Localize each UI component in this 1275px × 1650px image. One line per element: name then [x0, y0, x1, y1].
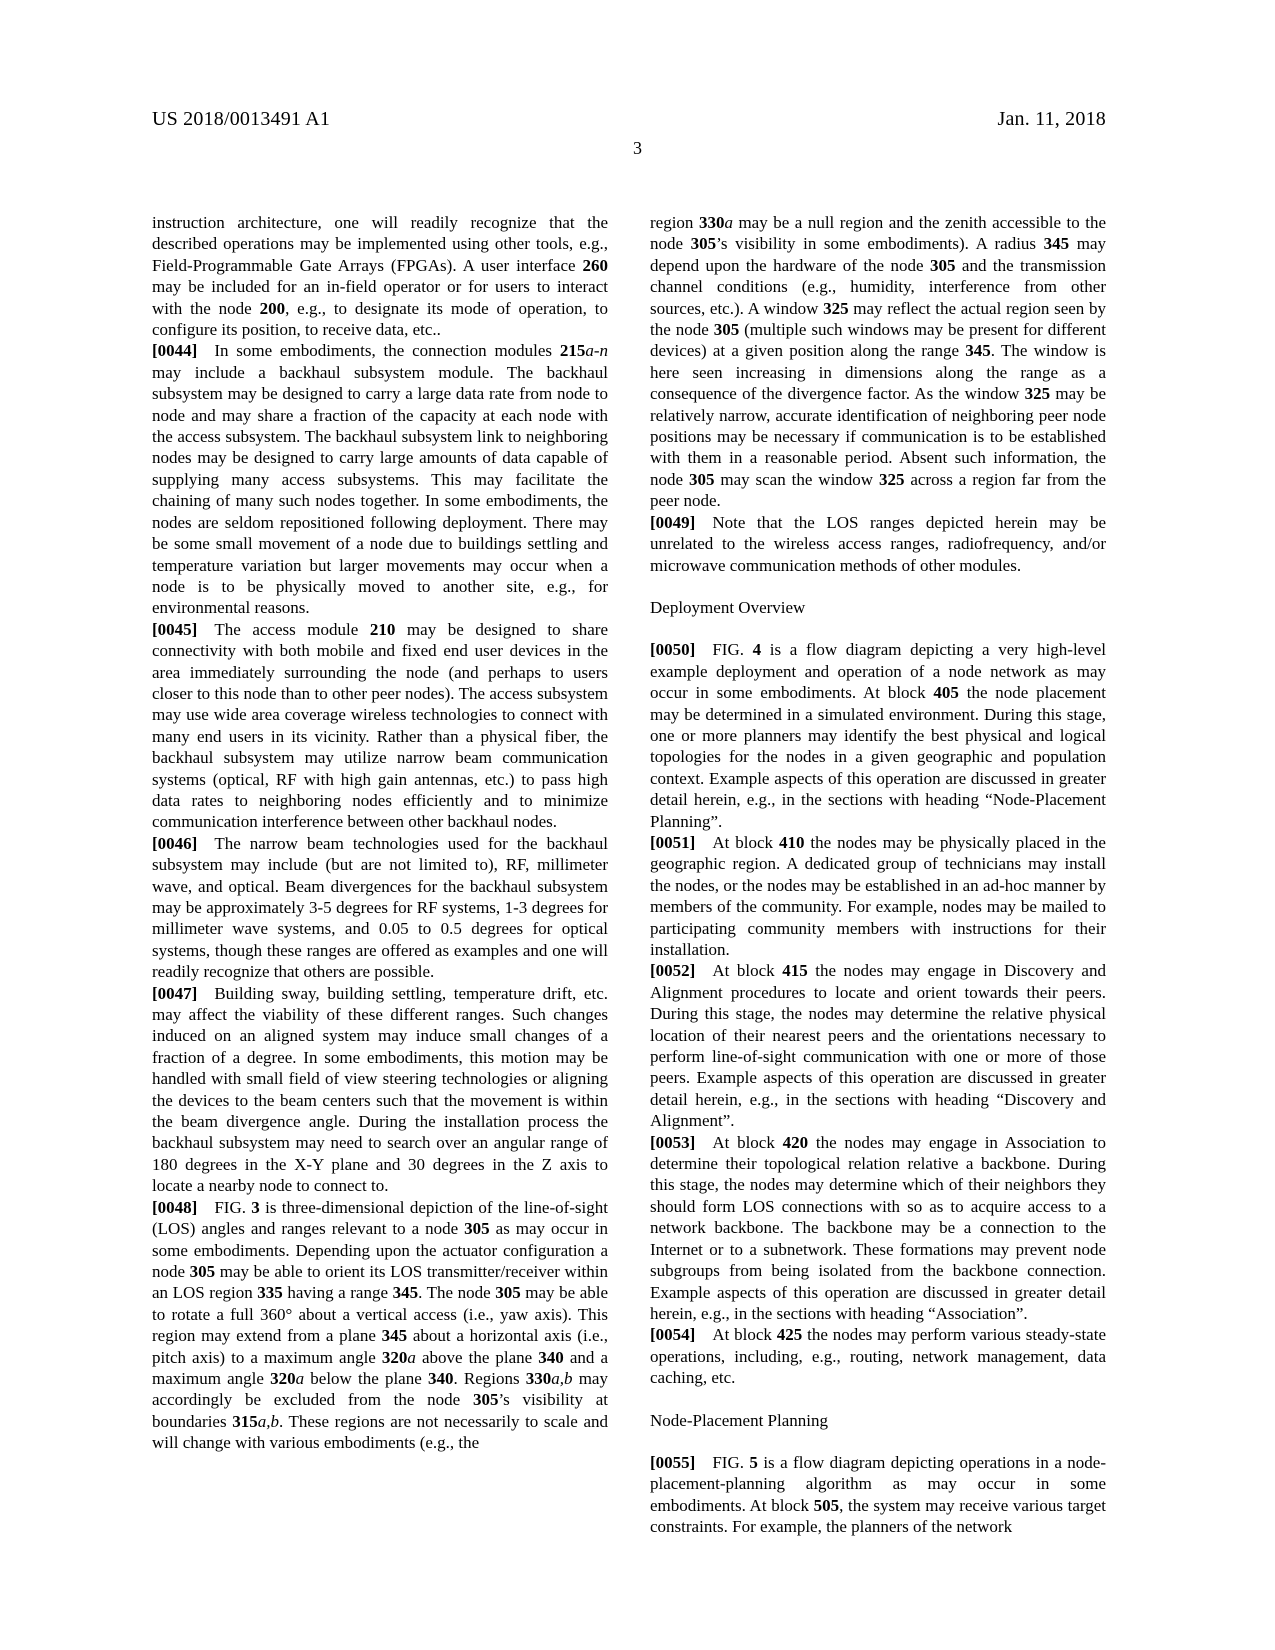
paragraph: [0052] At block 415 the nodes may engage… [650, 960, 1106, 1131]
column-left: instruction architecture, one will readi… [152, 212, 608, 1538]
paragraph: [0055] FIG. 5 is a flow diagram depictin… [650, 1452, 1106, 1538]
paragraph: [0048] FIG. 3 is three-dimensional depic… [152, 1197, 608, 1454]
paragraph: [0054] At block 425 the nodes may perfor… [650, 1324, 1106, 1388]
page-header: US 2018/0013491 A1 Jan. 11, 2018 [152, 108, 1106, 131]
paragraph: [0045] The access module 210 may be desi… [152, 619, 608, 833]
paragraph: [0046] The narrow beam technologies used… [152, 833, 608, 983]
page-number: 3 [0, 138, 1275, 159]
paragraph: [0051] At block 410 the nodes may be phy… [650, 832, 1106, 960]
paragraph: [0050] FIG. 4 is a flow diagram depictin… [650, 639, 1106, 832]
patent-page: US 2018/0013491 A1 Jan. 11, 2018 3 instr… [0, 0, 1275, 1650]
paragraph: instruction architecture, one will readi… [152, 212, 608, 340]
section-heading: Deployment Overview [650, 597, 1106, 618]
paragraph: [0044] In some embodiments, the connecti… [152, 340, 608, 618]
paragraph: [0049] Note that the LOS ranges depicted… [650, 512, 1106, 576]
patent-number: US 2018/0013491 A1 [152, 108, 330, 131]
column-right: region 330a may be a null region and the… [650, 212, 1106, 1538]
page-body: instruction architecture, one will readi… [152, 212, 1106, 1538]
paragraph: [0053] At block 420 the nodes may engage… [650, 1132, 1106, 1325]
paragraph: [0047] Building sway, building settling,… [152, 983, 608, 1197]
paragraph: region 330a may be a null region and the… [650, 212, 1106, 512]
section-heading: Node-Placement Planning [650, 1410, 1106, 1431]
publication-date: Jan. 11, 2018 [997, 108, 1106, 131]
